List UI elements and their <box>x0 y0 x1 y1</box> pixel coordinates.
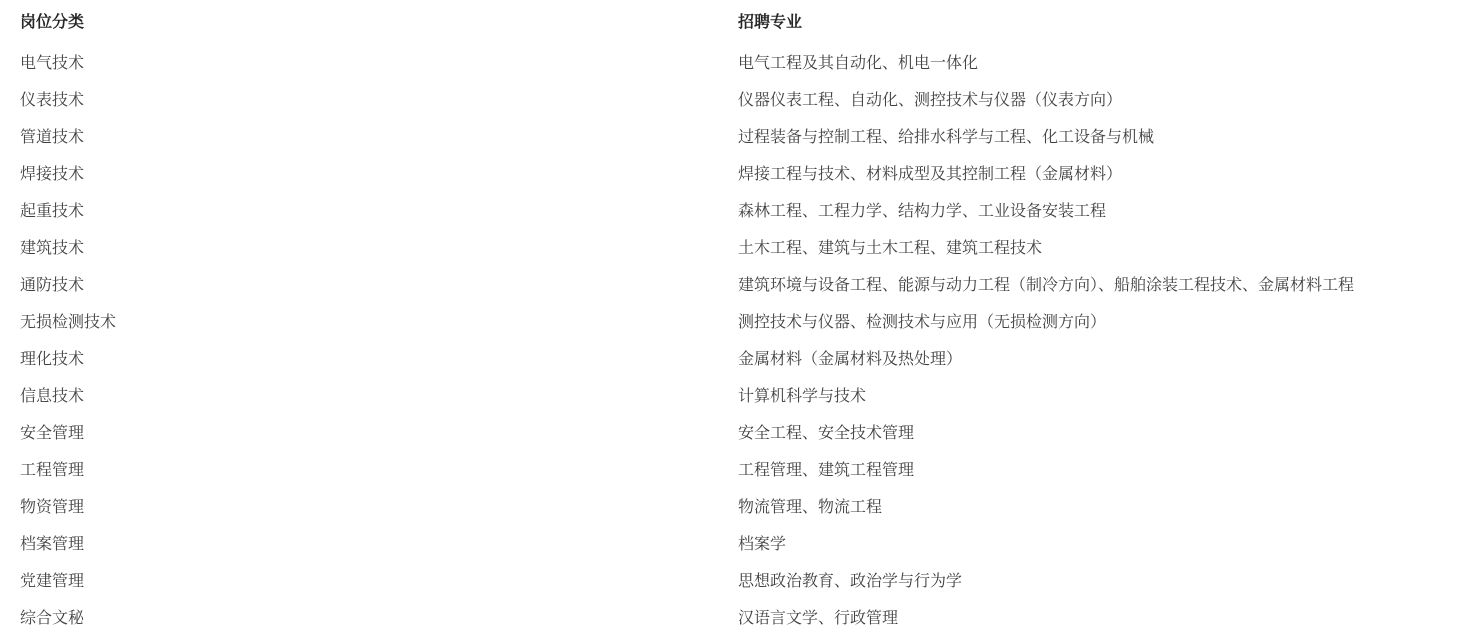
recruitment-major-cell: 计算机科学与技术 <box>738 389 1477 405</box>
column-header-job-category: 岗位分类 <box>20 15 738 31</box>
recruitment-major-cell: 土木工程、建筑与土木工程、建筑工程技术 <box>738 241 1477 257</box>
job-category-cell: 建筑技术 <box>20 241 738 257</box>
job-category-cell: 电气技术 <box>20 56 738 72</box>
table-row: 建筑技术土木工程、建筑与土木工程、建筑工程技术 <box>20 230 1477 267</box>
recruitment-major-cell: 过程装备与控制工程、给排水科学与工程、化工设备与机械 <box>738 130 1477 146</box>
table-row: 仪表技术仪器仪表工程、自动化、测控技术与仪器（仪表方向） <box>20 82 1477 119</box>
recruitment-major-cell: 汉语言文学、行政管理 <box>738 611 1477 627</box>
recruitment-major-cell: 金属材料（金属材料及热处理） <box>738 352 1477 368</box>
job-category-cell: 党建管理 <box>20 574 738 590</box>
table-row: 起重技术森林工程、工程力学、结构力学、工业设备安装工程 <box>20 193 1477 230</box>
job-category-cell: 物资管理 <box>20 500 738 516</box>
job-category-cell: 综合文秘 <box>20 611 738 627</box>
job-category-cell: 无损检测技术 <box>20 315 738 331</box>
recruitment-major-cell: 档案学 <box>738 537 1477 553</box>
job-category-cell: 通防技术 <box>20 278 738 294</box>
table-row: 综合文秘汉语言文学、行政管理 <box>20 600 1477 637</box>
recruitment-major-cell: 建筑环境与设备工程、能源与动力工程（制冷方向）、船舶涂装工程技术、金属材料工程 <box>738 278 1477 294</box>
recruitment-major-cell: 思想政治教育、政治学与行为学 <box>738 574 1477 590</box>
table-row: 焊接技术焊接工程与技术、材料成型及其控制工程（金属材料） <box>20 156 1477 193</box>
table-row: 理化技术金属材料（金属材料及热处理） <box>20 341 1477 378</box>
recruitment-major-cell: 物流管理、物流工程 <box>738 500 1477 516</box>
table-row: 无损检测技术测控技术与仪器、检测技术与应用（无损检测方向） <box>20 304 1477 341</box>
job-category-major-table: 岗位分类 招聘专业 电气技术电气工程及其自动化、机电一体化仪表技术仪器仪表工程、… <box>0 0 1477 637</box>
recruitment-major-cell: 仪器仪表工程、自动化、测控技术与仪器（仪表方向） <box>738 93 1477 109</box>
table-row: 安全管理安全工程、安全技术管理 <box>20 415 1477 452</box>
recruitment-major-cell: 焊接工程与技术、材料成型及其控制工程（金属材料） <box>738 167 1477 183</box>
table-row: 电气技术电气工程及其自动化、机电一体化 <box>20 45 1477 82</box>
recruitment-major-cell: 森林工程、工程力学、结构力学、工业设备安装工程 <box>738 204 1477 220</box>
job-category-cell: 信息技术 <box>20 389 738 405</box>
job-category-cell: 焊接技术 <box>20 167 738 183</box>
job-category-cell: 理化技术 <box>20 352 738 368</box>
table-row: 信息技术计算机科学与技术 <box>20 378 1477 415</box>
table-row: 工程管理工程管理、建筑工程管理 <box>20 452 1477 489</box>
recruitment-major-cell: 电气工程及其自动化、机电一体化 <box>738 56 1477 72</box>
recruitment-major-cell: 工程管理、建筑工程管理 <box>738 463 1477 479</box>
table-row: 物资管理物流管理、物流工程 <box>20 489 1477 526</box>
table-row: 档案管理档案学 <box>20 526 1477 563</box>
recruitment-major-cell: 测控技术与仪器、检测技术与应用（无损检测方向） <box>738 315 1477 331</box>
job-category-cell: 安全管理 <box>20 426 738 442</box>
job-category-cell: 档案管理 <box>20 537 738 553</box>
job-category-cell: 仪表技术 <box>20 93 738 109</box>
table-body: 电气技术电气工程及其自动化、机电一体化仪表技术仪器仪表工程、自动化、测控技术与仪… <box>20 45 1477 637</box>
table-row: 管道技术过程装备与控制工程、给排水科学与工程、化工设备与机械 <box>20 119 1477 156</box>
column-header-recruitment-major: 招聘专业 <box>738 15 1477 31</box>
table-header-row: 岗位分类 招聘专业 <box>20 0 1477 45</box>
table-row: 党建管理思想政治教育、政治学与行为学 <box>20 563 1477 600</box>
job-category-cell: 管道技术 <box>20 130 738 146</box>
job-category-cell: 起重技术 <box>20 204 738 220</box>
recruitment-major-cell: 安全工程、安全技术管理 <box>738 426 1477 442</box>
job-category-cell: 工程管理 <box>20 463 738 479</box>
table-row: 通防技术建筑环境与设备工程、能源与动力工程（制冷方向）、船舶涂装工程技术、金属材… <box>20 267 1477 304</box>
